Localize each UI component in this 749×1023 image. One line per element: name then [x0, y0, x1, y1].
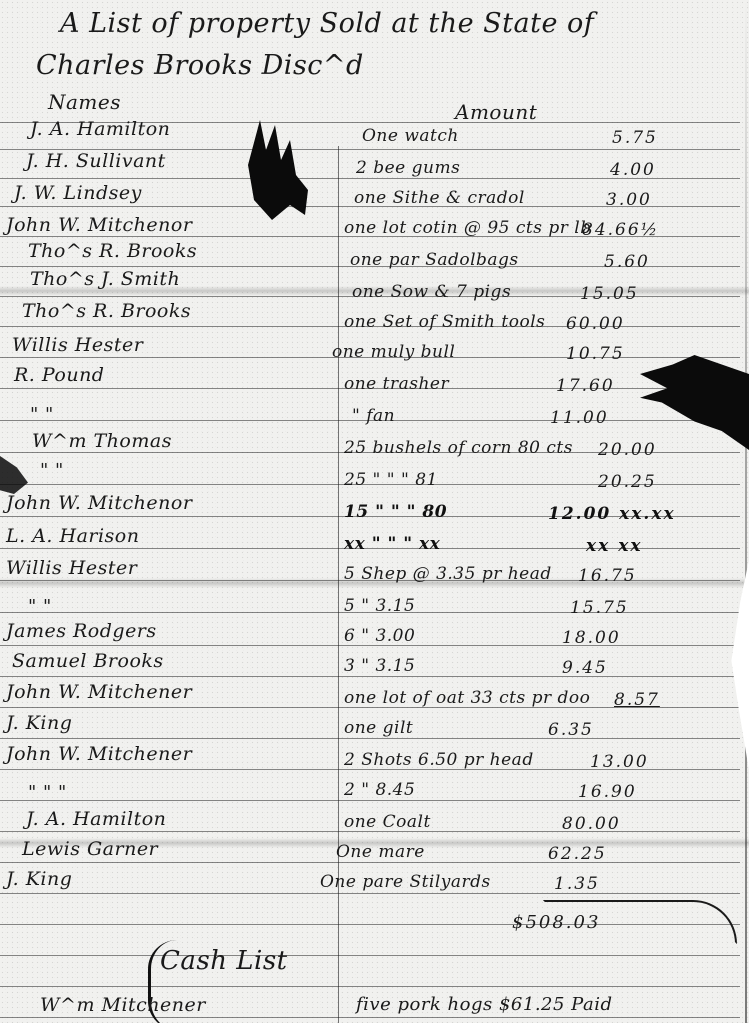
ditto-mark: " " [28, 596, 52, 617]
sale-item: one lot cotin @ 95 cts pr lb [344, 218, 592, 238]
amount-column-header: Amount [455, 100, 537, 124]
cash-list-name: W^m Mitchener [40, 994, 206, 1016]
sale-item: one par Sadolbags [350, 250, 519, 270]
ruled-line [0, 893, 740, 894]
ruled-line [0, 1017, 740, 1018]
sale-item-struck: xx " " " xx [344, 534, 440, 554]
sale-item-struck: 15 " " " 80 [344, 502, 447, 522]
sale-item: 6 " 3.00 [344, 626, 415, 646]
buyer-name: J. A. Hamilton [30, 118, 170, 140]
sale-amount: 4.00 [610, 160, 656, 180]
buyer-name: L. A. Harison [6, 525, 139, 547]
sale-item: One pare Stilyards [320, 872, 491, 892]
sale-item: one trasher [344, 374, 449, 394]
sale-item: 5 Shep @ 3.35 pr head [344, 564, 552, 584]
buyer-name: W^m Thomas [32, 430, 172, 452]
buyer-name: J. King [6, 712, 72, 734]
ruled-line [0, 676, 740, 677]
sale-item: 25 " " " 81 [344, 470, 438, 490]
buyer-name: J. H. Sullivant [26, 150, 166, 172]
sale-amount: 16.90 [578, 782, 637, 802]
sale-amount: 80.00 [562, 814, 621, 834]
sale-item: one muly bull [332, 342, 455, 362]
document-title-line-2: Charles Brooks Disc^d [36, 50, 364, 81]
sale-amount: 6.35 [548, 720, 594, 740]
buyer-name: John W. Mitchenor [6, 492, 192, 514]
buyer-name: J. W. Lindsey [14, 182, 142, 204]
buyer-name: Samuel Brooks [12, 650, 164, 672]
sale-amount: 5.75 [612, 128, 658, 148]
ink-blot [248, 120, 308, 220]
grand-total: $508.03 [512, 912, 600, 933]
buyer-name: Lewis Garner [22, 838, 158, 860]
cash-list-item: five pork hogs $61.25 Paid [356, 994, 612, 1015]
ink-blot [640, 355, 749, 450]
buyer-name: John W. Mitchener [6, 681, 192, 703]
sale-amount: 62.25 [548, 844, 607, 864]
sale-item: one Set of Smith tools [344, 312, 545, 332]
ditto-mark: " " [40, 460, 64, 481]
sale-amount-struck: 12.00 xx.xx [548, 504, 676, 524]
sale-item: 5 " 3.15 [344, 596, 415, 616]
sale-item: One mare [336, 842, 425, 862]
buyer-name: James Rodgers [6, 620, 157, 642]
names-column-header: Names [48, 90, 121, 114]
sale-item: one Sithe & cradol [354, 188, 525, 208]
sale-item: 25 bushels of corn 80 cts [344, 438, 573, 458]
cash-list-heading: Cash List [160, 946, 288, 976]
sale-item: One watch [362, 126, 459, 146]
ditto-mark: " " " [28, 782, 67, 803]
sale-amount: 1.35 [554, 874, 600, 894]
ruled-line [0, 862, 740, 863]
ink-blot [0, 456, 28, 494]
sale-amount: 15.75 [570, 598, 629, 618]
sale-amount: 60.00 [566, 314, 625, 334]
sale-item: 3 " 3.15 [344, 656, 415, 676]
sale-amount: 11.00 [550, 408, 609, 428]
sale-amount: 18.00 [562, 628, 621, 648]
document-title-line-1: A List of property Sold at the State of [60, 8, 594, 39]
sale-amount: 13.00 [590, 752, 649, 772]
buyer-name: Tho^s R. Brooks [22, 300, 191, 322]
sale-item: one Sow & 7 pigs [352, 282, 511, 302]
sale-amount: 15.05 [580, 284, 639, 304]
buyer-name: J. King [6, 868, 72, 890]
buyer-name: Willis Hester [6, 557, 137, 579]
sale-item: one gilt [344, 718, 413, 738]
sale-amount: 10.75 [566, 344, 625, 364]
sale-amount: 20.00 [598, 440, 657, 460]
buyer-name: J. A. Hamilton [26, 808, 166, 830]
buyer-name: John W. Mitchenor [6, 214, 192, 236]
ruled-line [0, 955, 740, 956]
buyer-name: John W. Mitchener [6, 743, 192, 765]
sale-amount: 84.66½ [582, 220, 659, 240]
buyer-name: Tho^s R. Brooks [28, 240, 197, 262]
paper-edge [745, 0, 747, 1023]
sale-amount: 3.00 [606, 190, 652, 210]
sale-amount-struck: xx xx [586, 536, 642, 556]
sale-item: " fan [352, 406, 395, 426]
ditto-mark: " " [30, 404, 54, 425]
sale-item: 2 " 8.45 [344, 780, 415, 800]
sale-amount: 17.60 [556, 376, 615, 396]
scanned-document-page: A List of property Sold at the State of … [0, 0, 749, 1023]
ruled-line [0, 738, 740, 739]
buyer-name: Tho^s J. Smith [30, 268, 180, 290]
sale-amount: 9.45 [562, 658, 608, 678]
sale-item: 2 Shots 6.50 pr head [344, 750, 534, 770]
sale-amount: 5.60 [604, 252, 650, 272]
sale-amount: 20.25 [598, 472, 657, 492]
buyer-name: Willis Hester [12, 334, 143, 356]
sale-amount: 8.57 [614, 690, 660, 710]
sale-item: one Coalt [344, 812, 431, 832]
sale-item: 2 bee gums [356, 158, 460, 178]
sale-amount: 16.75 [578, 566, 637, 586]
ruled-line [0, 986, 740, 987]
buyer-name: R. Pound [14, 364, 104, 386]
sale-item: one lot of oat 33 cts pr doo [344, 688, 590, 708]
